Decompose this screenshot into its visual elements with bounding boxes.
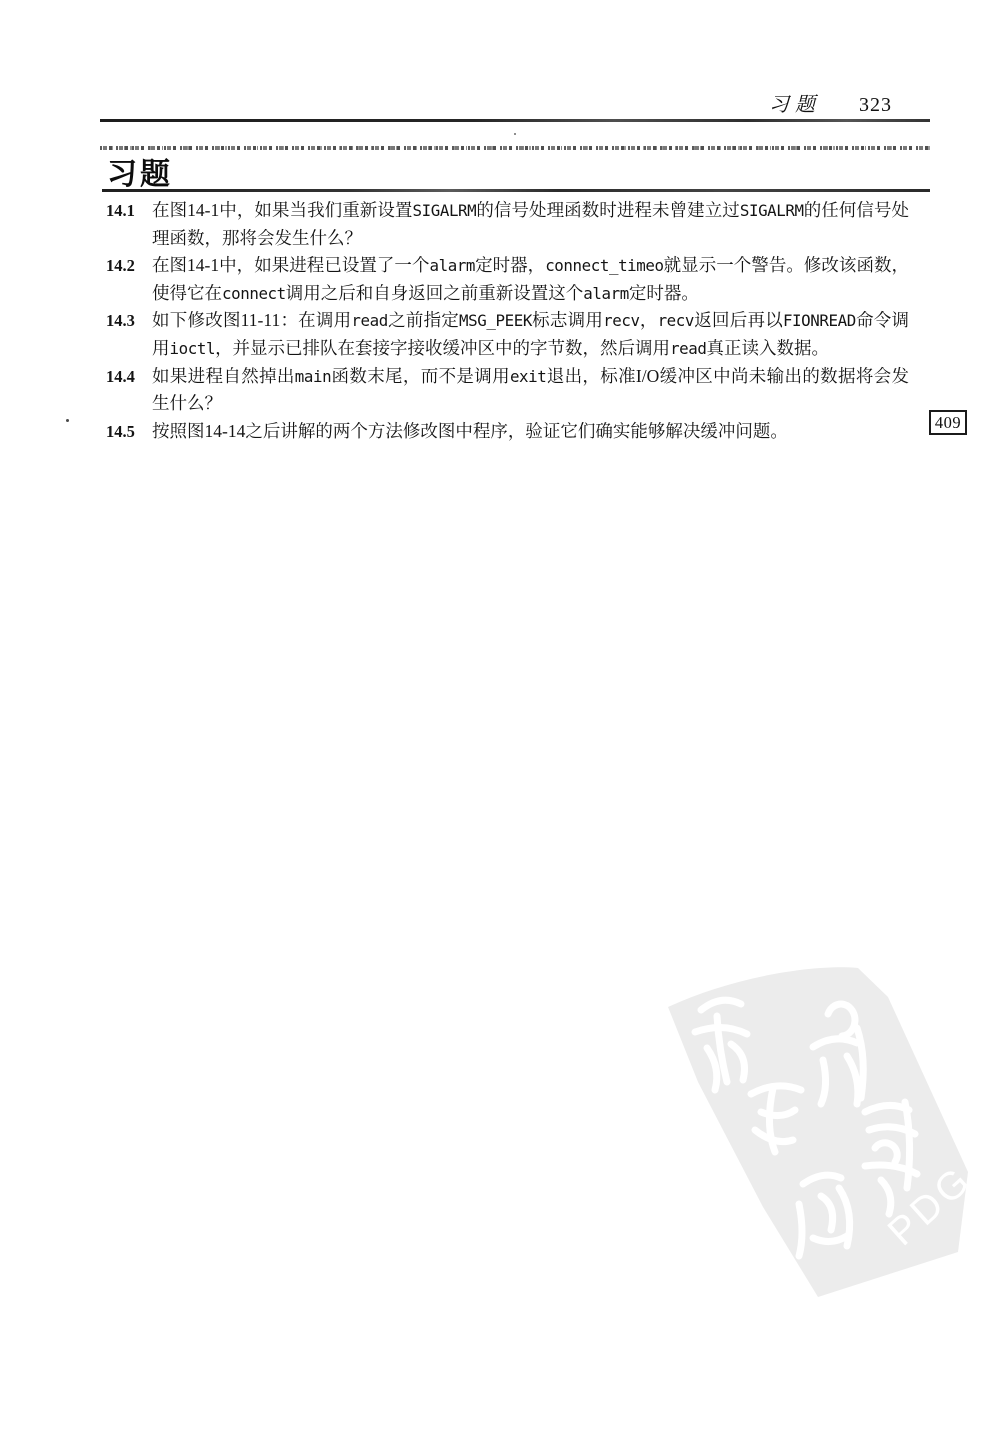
code-term: recv [658,311,694,330]
code-term: SIGALRM [740,201,804,220]
text-run: 真正读入数据。 [707,338,830,358]
exercise-number: 14.2 [106,252,152,307]
exercise-item: 14.3如下修改图11-11：在调用read之前指定MSG_PEEK标志调用re… [106,307,909,362]
pdg-watermark: PDG [643,952,975,1304]
code-term: alarm [429,256,475,275]
watermark-blob [668,967,968,1297]
text-run: 在图14-1中，如果当我们重新设置 [152,200,413,220]
text-run: 如下修改图11-11：在调用 [152,310,351,330]
code-term: SIGALRM [413,201,477,220]
text-run: 定时器， [475,255,545,275]
text-run: 函数末尾，而不是调用 [331,366,510,386]
section-title-rule [102,189,930,192]
code-term: main [295,367,331,386]
exercise-number: 14.1 [106,197,152,252]
code-term: alarm [583,284,629,303]
section-title: 习题 [107,149,173,193]
code-term: connect [222,284,286,303]
text-run: 调用之后和自身返回之前重新设置这个 [286,283,584,303]
exercise-number: 14.5 [106,418,152,446]
exercise-text: 如下修改图11-11：在调用read之前指定MSG_PEEK标志调用recv，r… [152,307,909,362]
scan-noise-band [100,146,932,150]
exercise-list: 14.1在图14-1中，如果当我们重新设置SIGALRM的信号处理函数时进程未曾… [106,197,909,445]
text-run: 标志调用 [532,310,603,330]
scan-artifact-dot [514,133,516,135]
exercise-text: 按照图14-14之后讲解的两个方法修改图中程序，验证它们确实能够解决缓冲问题。 [152,418,909,446]
text-run: 如果进程自然掉出 [152,366,295,386]
running-head-rule [100,119,930,122]
original-page-badge: 409 [929,410,967,435]
exercise-item: 14.5按照图14-14之后讲解的两个方法修改图中程序，验证它们确实能够解决缓冲… [106,418,909,446]
text-run: 在图14-1中，如果进程已设置了一个 [152,255,429,275]
book-page: 习题323 习题 14.1在图14-1中，如果当我们重新设置SIGALRM的信号… [0,0,983,1447]
exercise-item: 14.2在图14-1中，如果进程已设置了一个alarm定时器，connect_t… [106,252,909,307]
text-run: 之前指定 [388,310,459,330]
exercise-number: 14.3 [106,307,152,362]
running-head: 习题323 [100,88,892,117]
exercise-item: 14.4如果进程自然掉出main函数末尾，而不是调用exit退出，标准I/O缓冲… [106,363,909,418]
text-run: ，并显示已排队在套接字接收缓冲区中的字节数，然后调用 [215,338,670,358]
exercise-text: 在图14-1中，如果进程已设置了一个alarm定时器，connect_timeo… [152,252,909,307]
exercise-number: 14.4 [106,363,152,418]
exercise-text: 如果进程自然掉出main函数末尾，而不是调用exit退出，标准I/O缓冲区中尚未… [152,363,909,418]
code-term: read [351,311,387,330]
code-term: recv [603,311,639,330]
text-run: ， [640,310,658,330]
code-term: exit [510,367,546,386]
running-head-page-number: 323 [859,94,892,116]
running-head-section-label: 习题 [769,94,821,116]
text-run: 的信号处理函数时进程未曾建立过 [476,200,740,220]
scan-artifact-dot [66,419,69,422]
code-term: connect_timeo [545,256,663,275]
exercise-text: 在图14-1中，如果当我们重新设置SIGALRM的信号处理函数时进程未曾建立过S… [152,197,909,252]
code-term: MSG_PEEK [459,311,532,330]
exercise-item: 14.1在图14-1中，如果当我们重新设置SIGALRM的信号处理函数时进程未曾… [106,197,909,252]
text-run: 返回后再以 [694,310,783,330]
code-term: read [670,339,706,358]
text-run: 定时器。 [629,283,699,303]
code-term: FIONREAD [783,311,856,330]
text-run: 按照图14-14之后讲解的两个方法修改图中程序，验证它们确实能够解决缓冲问题。 [152,421,788,441]
code-term: ioctl [170,339,216,358]
